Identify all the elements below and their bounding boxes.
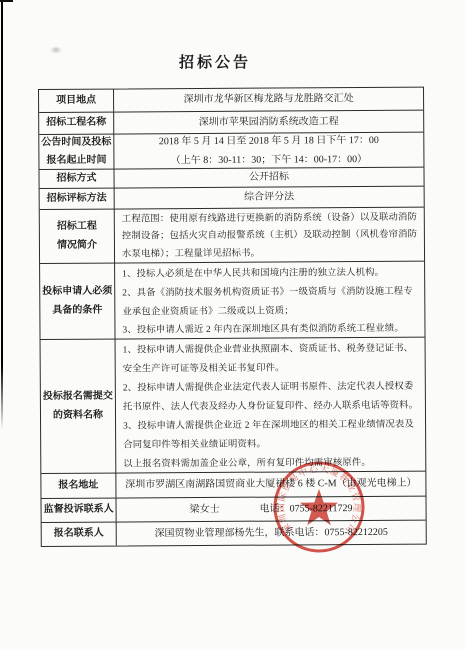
- row-label: 项目地点: [39, 90, 114, 112]
- row-value: 深圳市罗湖区南湖路国贸商业大厦裙楼 6 楼 C-M（由观光电梯上）: [116, 472, 425, 498]
- row-value: 工程范围：使用原有线路进行更换新的消防系统（设备）以及联动消防控制设备；包括火灾…: [115, 208, 424, 263]
- tender-info-table: 项目地点 深圳市龙华新区梅龙路与龙胜路交汇处 招标工程名称 深圳市苹果园消防系统…: [38, 87, 427, 547]
- row-label: 投标报名需提交 的资料名称: [41, 340, 117, 473]
- row-label: 报名联系人: [42, 523, 117, 546]
- row-value: 2018 年 5 月 14 日至 2018 年 5 月 18 日下午 17：00…: [114, 133, 423, 169]
- row-label: 招标方式: [39, 170, 114, 188]
- table-row-project-location: 项目地点 深圳市龙华新区梅龙路与龙胜路交汇处: [39, 88, 423, 112]
- table-row-evaluation-method: 招标评标方法 综合评分法: [40, 186, 424, 209]
- table-row-announcement-period: 公告时间及投标 报名起止时间 2018 年 5 月 14 日至 2018 年 5…: [39, 132, 423, 169]
- row-value: 1、投标人必须是在中华人民共和国境内注册的独立法人机构。 2、具备《消防技术服务…: [115, 262, 424, 339]
- table-row-registration-contact: 报名联系人 深国贸物业管理部杨先生，联系电话：0755-82212205: [42, 520, 426, 546]
- row-value: 1、投标申请人需提供企业营业执照副本、资质证书、税务登记证书、安全生产许可证等及…: [116, 338, 426, 473]
- row-label: 监督投诉联系人: [42, 499, 117, 522]
- scanned-tender-notice-page: 招标公告 项目地点 深圳市龙华新区梅龙路与龙胜路交汇处 招标工程名称 深圳市苹果…: [0, 0, 465, 650]
- row-value: 深国贸物业管理部杨先生，联系电话：0755-82212205: [117, 521, 426, 546]
- row-label: 招标工程名称: [39, 113, 114, 134]
- row-label: 报名地址: [41, 474, 116, 498]
- table-row-registration-address: 报名地址 深圳市罗湖区南湖路国贸商业大厦裙楼 6 楼 C-M（由观光电梯上）: [41, 471, 425, 498]
- table-row-complaint-contact: 监督投诉联系人 梁女士 电话：0755-82211729: [41, 496, 425, 522]
- row-value: 深圳市龙华新区梅龙路与龙胜路交汇处: [114, 88, 423, 112]
- row-value: 梁女士 电话：0755-82211729: [117, 497, 426, 522]
- row-label: 投标申请人必须 具备的条件: [40, 264, 115, 339]
- table-row-bidder-requirements: 投标申请人必须 具备的条件 1、投标人必须是在中华人民共和国境内注册的独立法人机…: [40, 261, 424, 339]
- table-row-tender-method: 招标方式 公开招标: [39, 167, 423, 188]
- table-row-required-documents: 投标报名需提交 的资料名称 1、投标申请人需提供企业营业执照副本、资质证书、税务…: [41, 337, 426, 473]
- row-label: 招标工程 情况简介: [40, 210, 115, 263]
- row-label: 招标评标方法: [40, 189, 115, 209]
- row-value: 公开招标: [114, 168, 423, 188]
- page-title: 招标公告: [0, 51, 430, 72]
- table-row-project-overview: 招标工程 情况简介 工程范围：使用原有线路进行更换新的消防系统（设备）以及联动消…: [40, 207, 424, 263]
- row-value: 综合评分法: [115, 187, 424, 209]
- row-label: 公告时间及投标 报名起止时间: [39, 135, 114, 169]
- scan-artifact-corner-mark: [0, 0, 13, 2]
